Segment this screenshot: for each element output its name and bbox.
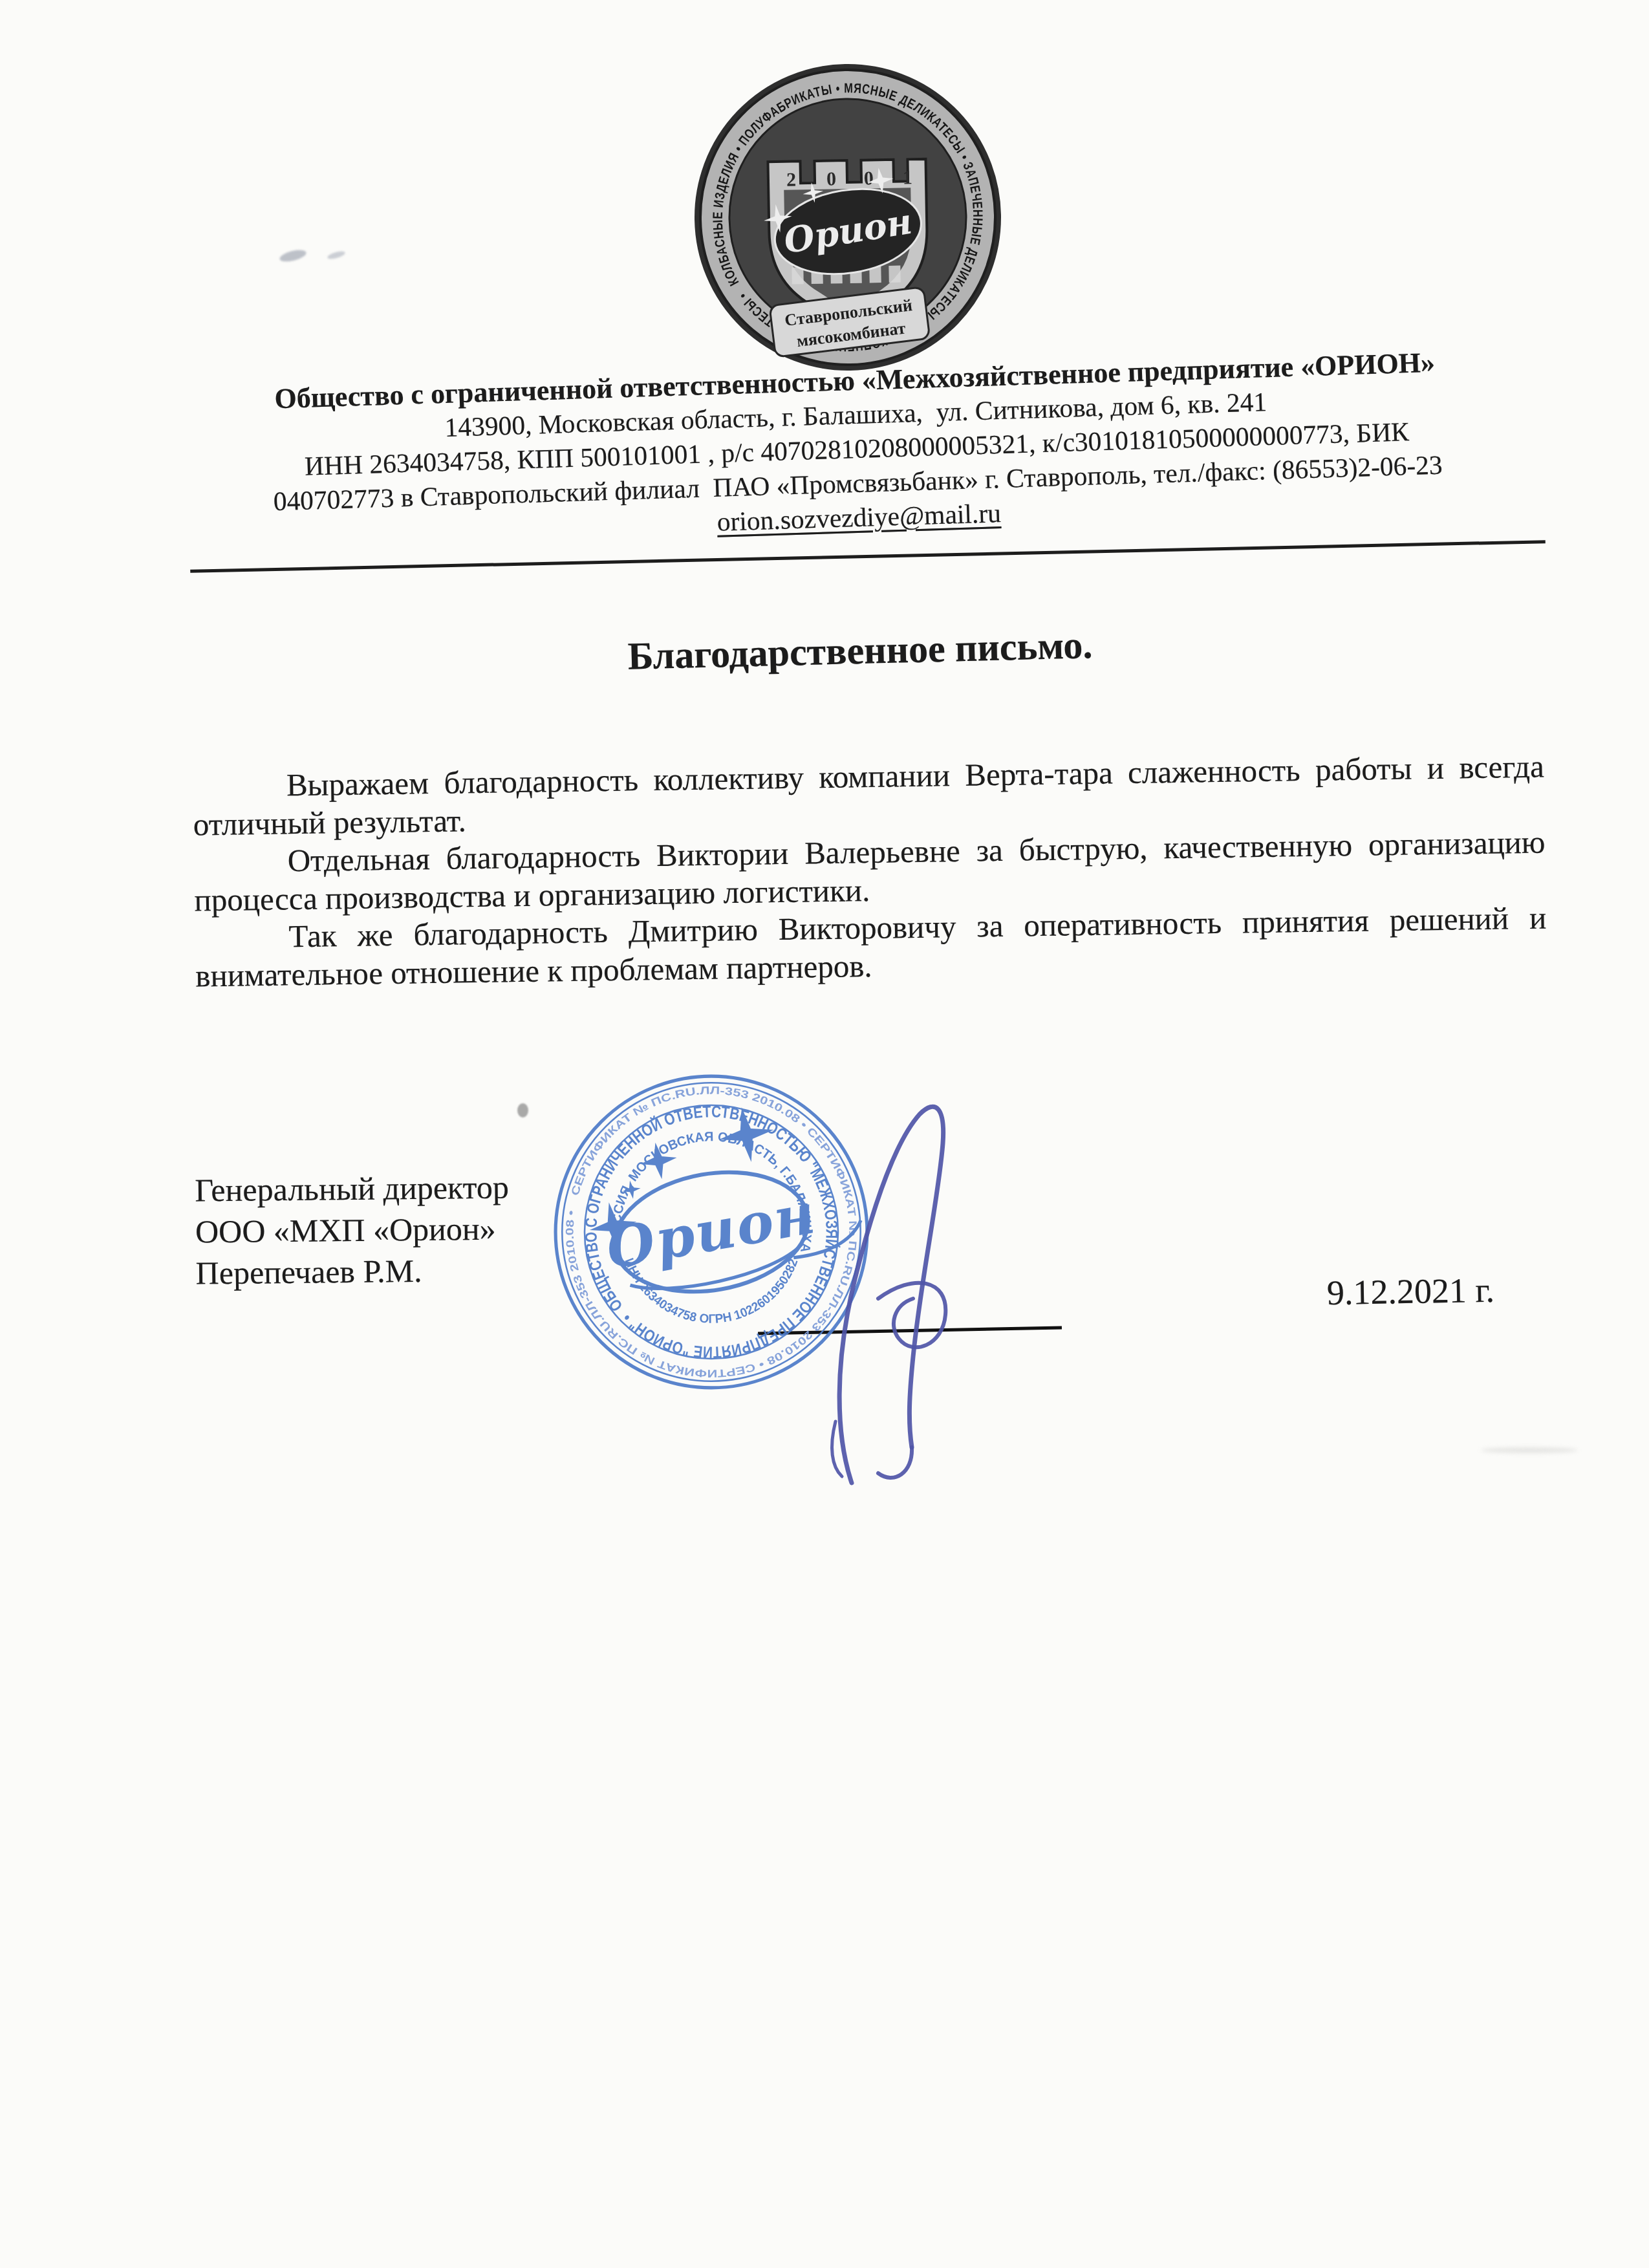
scan-artifact — [1481, 1447, 1578, 1453]
letter-body: Выражаем благодарность коллективу компан… — [193, 748, 1547, 995]
letter-page: КОЛБАСНЫЕ ИЗДЕЛИЯ • ПОЛУФАБРИКАТЫ • МЯСН… — [0, 0, 1649, 2268]
handwritten-signature — [816, 1085, 1029, 1486]
scan-artifact — [327, 250, 345, 260]
email-text: orion.sozvezdiye@mail.ru — [717, 498, 1001, 537]
company-logo-emblem: КОЛБАСНЫЕ ИЗДЕЛИЯ • ПОЛУФАБРИКАТЫ • МЯСН… — [688, 59, 1008, 375]
signature-strokes — [816, 1085, 1029, 1486]
letter-title: Благодарственное письмо. — [71, 609, 1649, 693]
signature-block: Генеральный директор ООО «МХП «Орион» Пе… — [195, 1166, 510, 1293]
company-logo: КОЛБАСНЫЕ ИЗДЕЛИЯ • ПОЛУФАБРИКАТЫ • МЯСН… — [688, 59, 1008, 375]
signatory-name: Перепечаев Р.М. — [195, 1249, 510, 1293]
scan-artifact — [279, 248, 307, 264]
letter-date: 9.12.2021 г. — [1326, 1270, 1494, 1313]
scan-artifact — [517, 1103, 528, 1118]
letterhead: Общество с ограниченной ответственностью… — [127, 341, 1586, 558]
signatory-position: Генеральный директор — [195, 1166, 509, 1211]
signatory-company: ООО «МХП «Орион» — [195, 1207, 510, 1252]
castle-shield: 2 0 0 1 Орион — [758, 159, 930, 358]
